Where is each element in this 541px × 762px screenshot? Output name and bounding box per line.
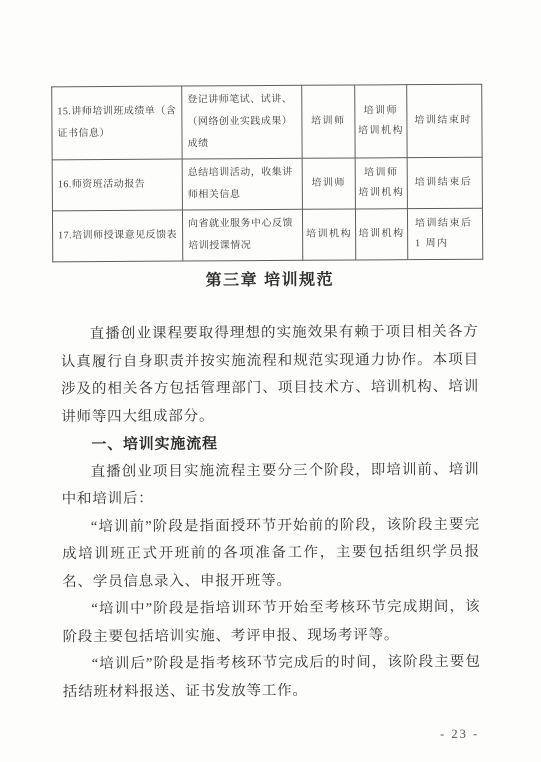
cell-executor: 培训师 bbox=[302, 85, 355, 158]
paragraph-process-overview: 直播创业项目实施流程主要分三个阶段，即培训前、培训中和培训后： bbox=[61, 456, 479, 514]
cell-reviewer: 培训师 培训机构 bbox=[355, 85, 407, 158]
page-number: - 23 - bbox=[440, 727, 479, 742]
reviewer-line: 培训机构 bbox=[357, 121, 404, 141]
cell-time: 培训结束时 bbox=[407, 84, 482, 157]
paragraph-intro: 直播创业课程要取得理想的实施效果有赖于项目相关各方认真履行自身职责并按实施流程和… bbox=[61, 319, 480, 432]
paragraph-mid-training: “培训中”阶段是指培训环节开始至考核环节完成期间，该阶段主要包括培训实施、考评申… bbox=[62, 594, 480, 652]
cell-item: 15.讲师培训班成绩单（含证书信息） bbox=[52, 86, 182, 160]
cell-time: 培训结束后 1 周内 bbox=[407, 208, 482, 259]
scanned-content: 15.讲师培训班成绩单（含证书信息） 登记讲师笔试、试讲、（网络创业实践成果）成… bbox=[0, 0, 541, 762]
body-text: 直播创业课程要取得理想的实施效果有赖于项目相关各方认真履行自身职责并按实施流程和… bbox=[61, 319, 481, 707]
cell-time: 培训结束后 bbox=[407, 157, 482, 208]
reviewer-line: 培训机构 bbox=[358, 224, 405, 244]
section-heading-1: 一、培训实施流程 bbox=[61, 429, 479, 459]
reviewer-line: 培训机构 bbox=[358, 183, 405, 203]
reviewer-line: 培训师 bbox=[358, 163, 405, 183]
cell-executor: 培训师 bbox=[302, 158, 355, 209]
cell-content: 登记讲师笔试、试讲、（网络创业实践成果）成绩 bbox=[182, 85, 302, 159]
cell-reviewer: 培训机构 bbox=[355, 209, 407, 260]
document-page: 15.讲师培训班成绩单（含证书信息） 登记讲师笔试、试讲、（网络创业实践成果）成… bbox=[0, 0, 541, 762]
paragraph-pre-training: “培训前”阶段是指面授环节开始前的阶段，该阶段主要完成培训班正式开班前的各项准备… bbox=[62, 511, 480, 596]
records-table: 15.讲师培训班成绩单（含证书信息） 登记讲师笔试、试讲、（网络创业实践成果）成… bbox=[51, 84, 483, 263]
table-row: 17.培训师授课意见反馈表 向省就业服务中心反馈培训授课情况 培训机构 培训机构… bbox=[52, 208, 482, 262]
reviewer-line: 培训师 bbox=[357, 101, 404, 121]
cell-executor: 培训机构 bbox=[302, 209, 355, 260]
table-row: 15.讲师培训班成绩单（含证书信息） 登记讲师笔试、试讲、（网络创业实践成果）成… bbox=[52, 84, 482, 160]
paragraph-post-training: “培训后”阶段是指考核环节完成后的时间，该阶段主要包括结班材料报送、证书发放等工… bbox=[63, 649, 481, 707]
table-row: 16.师资班活动报告 总结培训活动，收集讲师相关信息 培训师 培训师 培训机构 … bbox=[52, 157, 482, 211]
cell-content: 总结培训活动，收集讲师相关信息 bbox=[182, 158, 302, 210]
cell-reviewer: 培训师 培训机构 bbox=[355, 158, 407, 209]
cell-item: 16.师资班活动报告 bbox=[52, 159, 182, 211]
cell-item: 17.培训师授课意见反馈表 bbox=[52, 210, 182, 262]
cell-content: 向省就业服务中心反馈培训授课情况 bbox=[182, 209, 302, 261]
chapter-heading: 第三章 培训规范 bbox=[0, 265, 540, 291]
